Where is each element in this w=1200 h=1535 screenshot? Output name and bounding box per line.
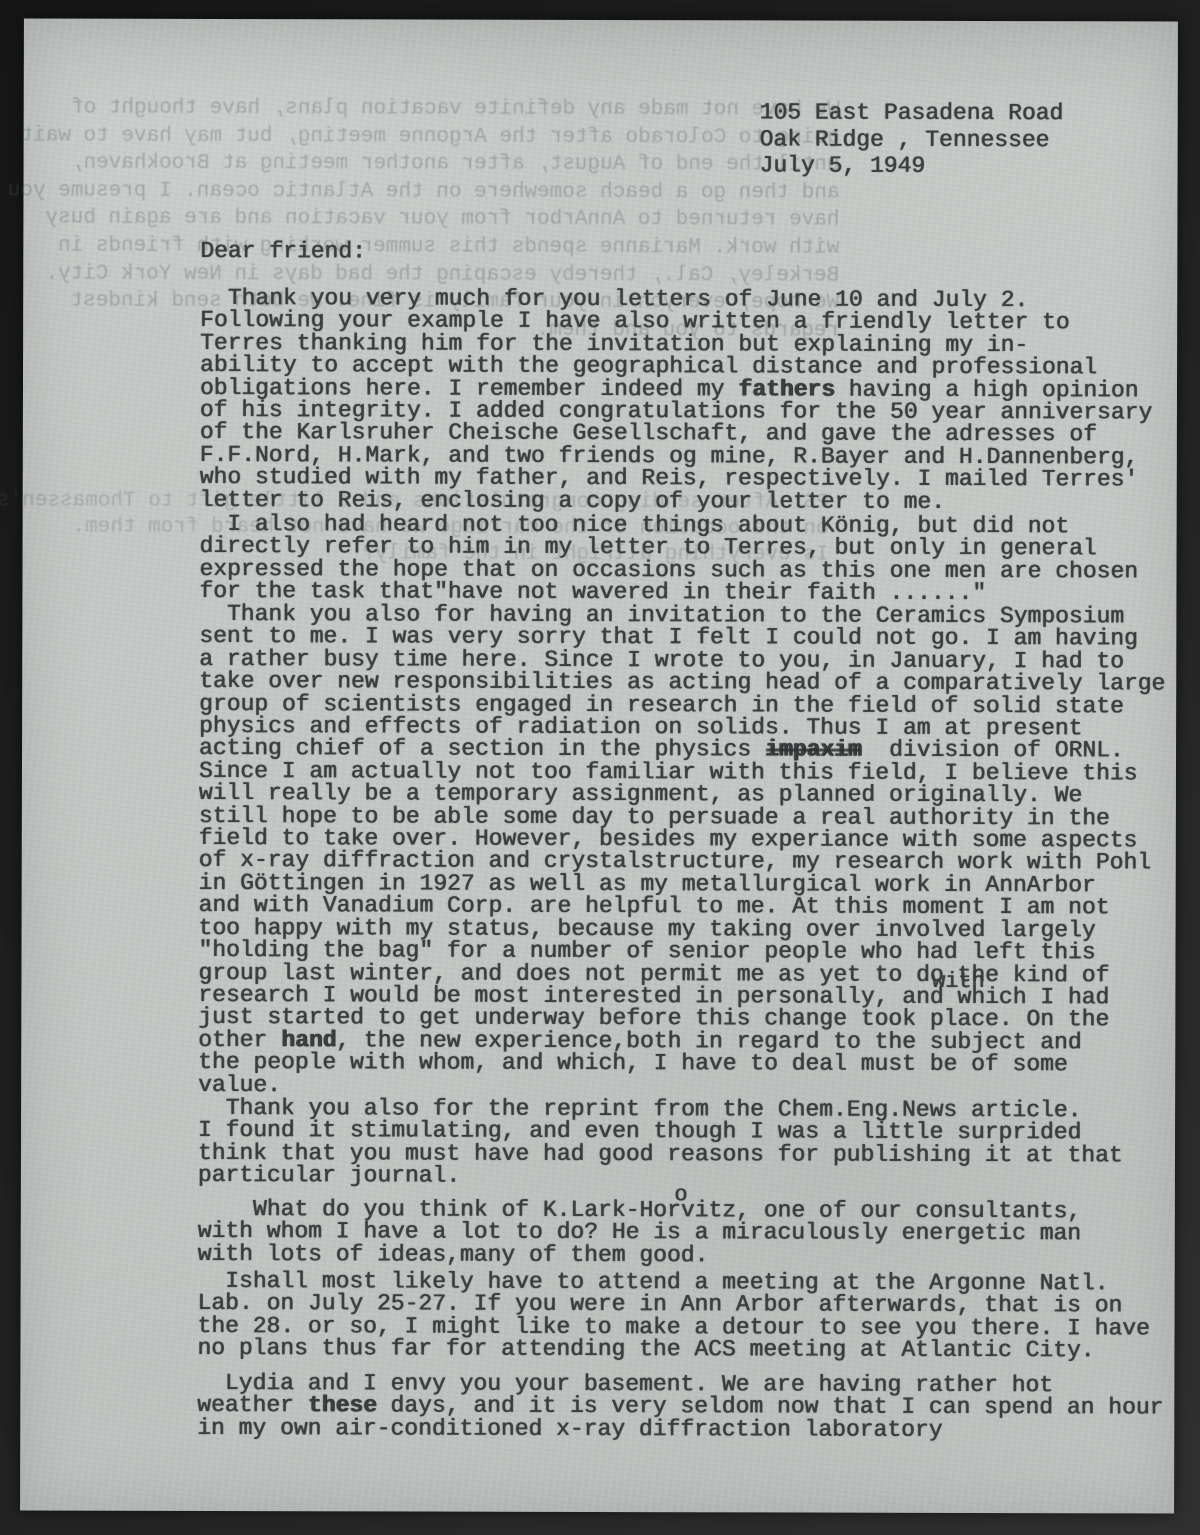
paragraph-1: Thank you very much for you letters of J… [200,287,1153,514]
paragraph-3: Thank you also for having an invitation … [198,603,1165,1098]
paragraph-5: What do you think of K.Lark-Horvitzo, on… [198,1198,1082,1268]
paragraph-4: Thank you also for the reprint from the … [198,1097,1123,1189]
paragraph-2: I also had heard not too nice things abo… [199,513,1138,605]
paragraph-6: Ishall most likely have to attend a meet… [197,1270,1150,1362]
scanned-letter-page: { "colors":{ "scan_background":"#222222"… [0,0,1200,1535]
salutation: Dear friend: [200,240,366,263]
letter-paper: We have not made any definite vacation p… [20,18,1178,1513]
letterhead-address-date: 105 East Pasadena Road Oak Ridge , Tenne… [760,99,1064,179]
paragraph-7: Lydia and I envy you your basement. We a… [197,1372,1163,1442]
